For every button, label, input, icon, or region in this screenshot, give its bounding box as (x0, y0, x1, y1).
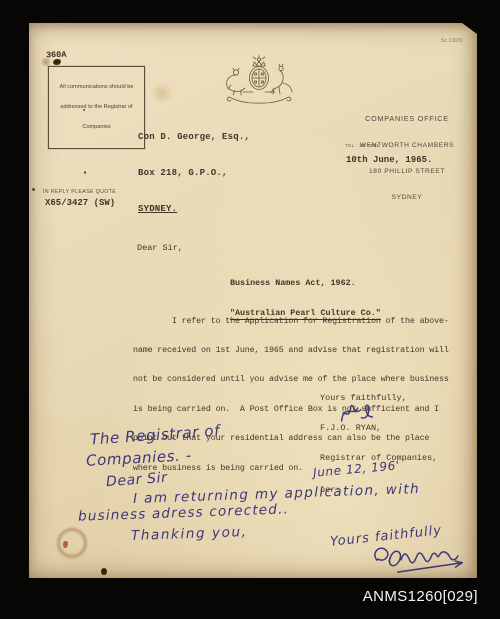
subject-act: Business Names Act, 1962. (230, 278, 381, 288)
recipient-address: Con D. George, Esq., Box 218, G.P.O., SY… (138, 107, 250, 239)
body-line: name received on 1st June, 1965 and advi… (133, 346, 449, 356)
reference-number: X65/3427 (SW) (45, 198, 115, 208)
paper-speck (32, 188, 35, 191)
handwritten-body-line2: business adress corected.. (78, 501, 290, 524)
ring-stain (57, 528, 87, 558)
recipient-box: Box 218, G.P.O., (138, 167, 250, 179)
recipient-city: SYDNEY. (138, 203, 250, 215)
red-speck (63, 541, 68, 548)
telephone-number: TEL : 28 5791 (345, 144, 379, 149)
letterhead-address-line: SYDNEY (345, 194, 469, 203)
office-name: COMPANIES OFFICE (345, 115, 469, 124)
paper-stain (149, 83, 175, 103)
paper-speck (84, 171, 86, 174)
letter-paper: 5c.1920 360A All communications should b… (29, 23, 477, 578)
letter-date: 10th June, 1965. (346, 155, 432, 165)
reply-quote-label: IN REPLY PLEASE QUOTE (43, 189, 116, 195)
applicant-signature-icon (362, 535, 476, 583)
notice-line: All communications should be (51, 84, 142, 91)
nsw-coat-of-arms-icon (219, 55, 299, 105)
notice-line: Companies (51, 124, 142, 131)
handwritten-thanks: Thanking you, (131, 524, 248, 544)
registrar-initials-signature-icon (334, 397, 378, 428)
body-line: I refer to the Application for Registrat… (133, 317, 449, 327)
letterhead-address-line: 180 PHILLIP STREET (345, 168, 469, 177)
form-print-code: 5c.1920 (441, 38, 463, 44)
archive-reference-label: ANMS1260[029] (363, 588, 478, 605)
recipient-name: Con D. George, Esq., (138, 131, 250, 143)
ink-dot (101, 568, 107, 575)
notice-line: addressed to the Registrar of (51, 104, 142, 111)
salutation: Dear Sir, (137, 243, 183, 253)
ink-blot (53, 59, 61, 65)
communications-notice-box: All communications should be addressed t… (48, 66, 145, 149)
